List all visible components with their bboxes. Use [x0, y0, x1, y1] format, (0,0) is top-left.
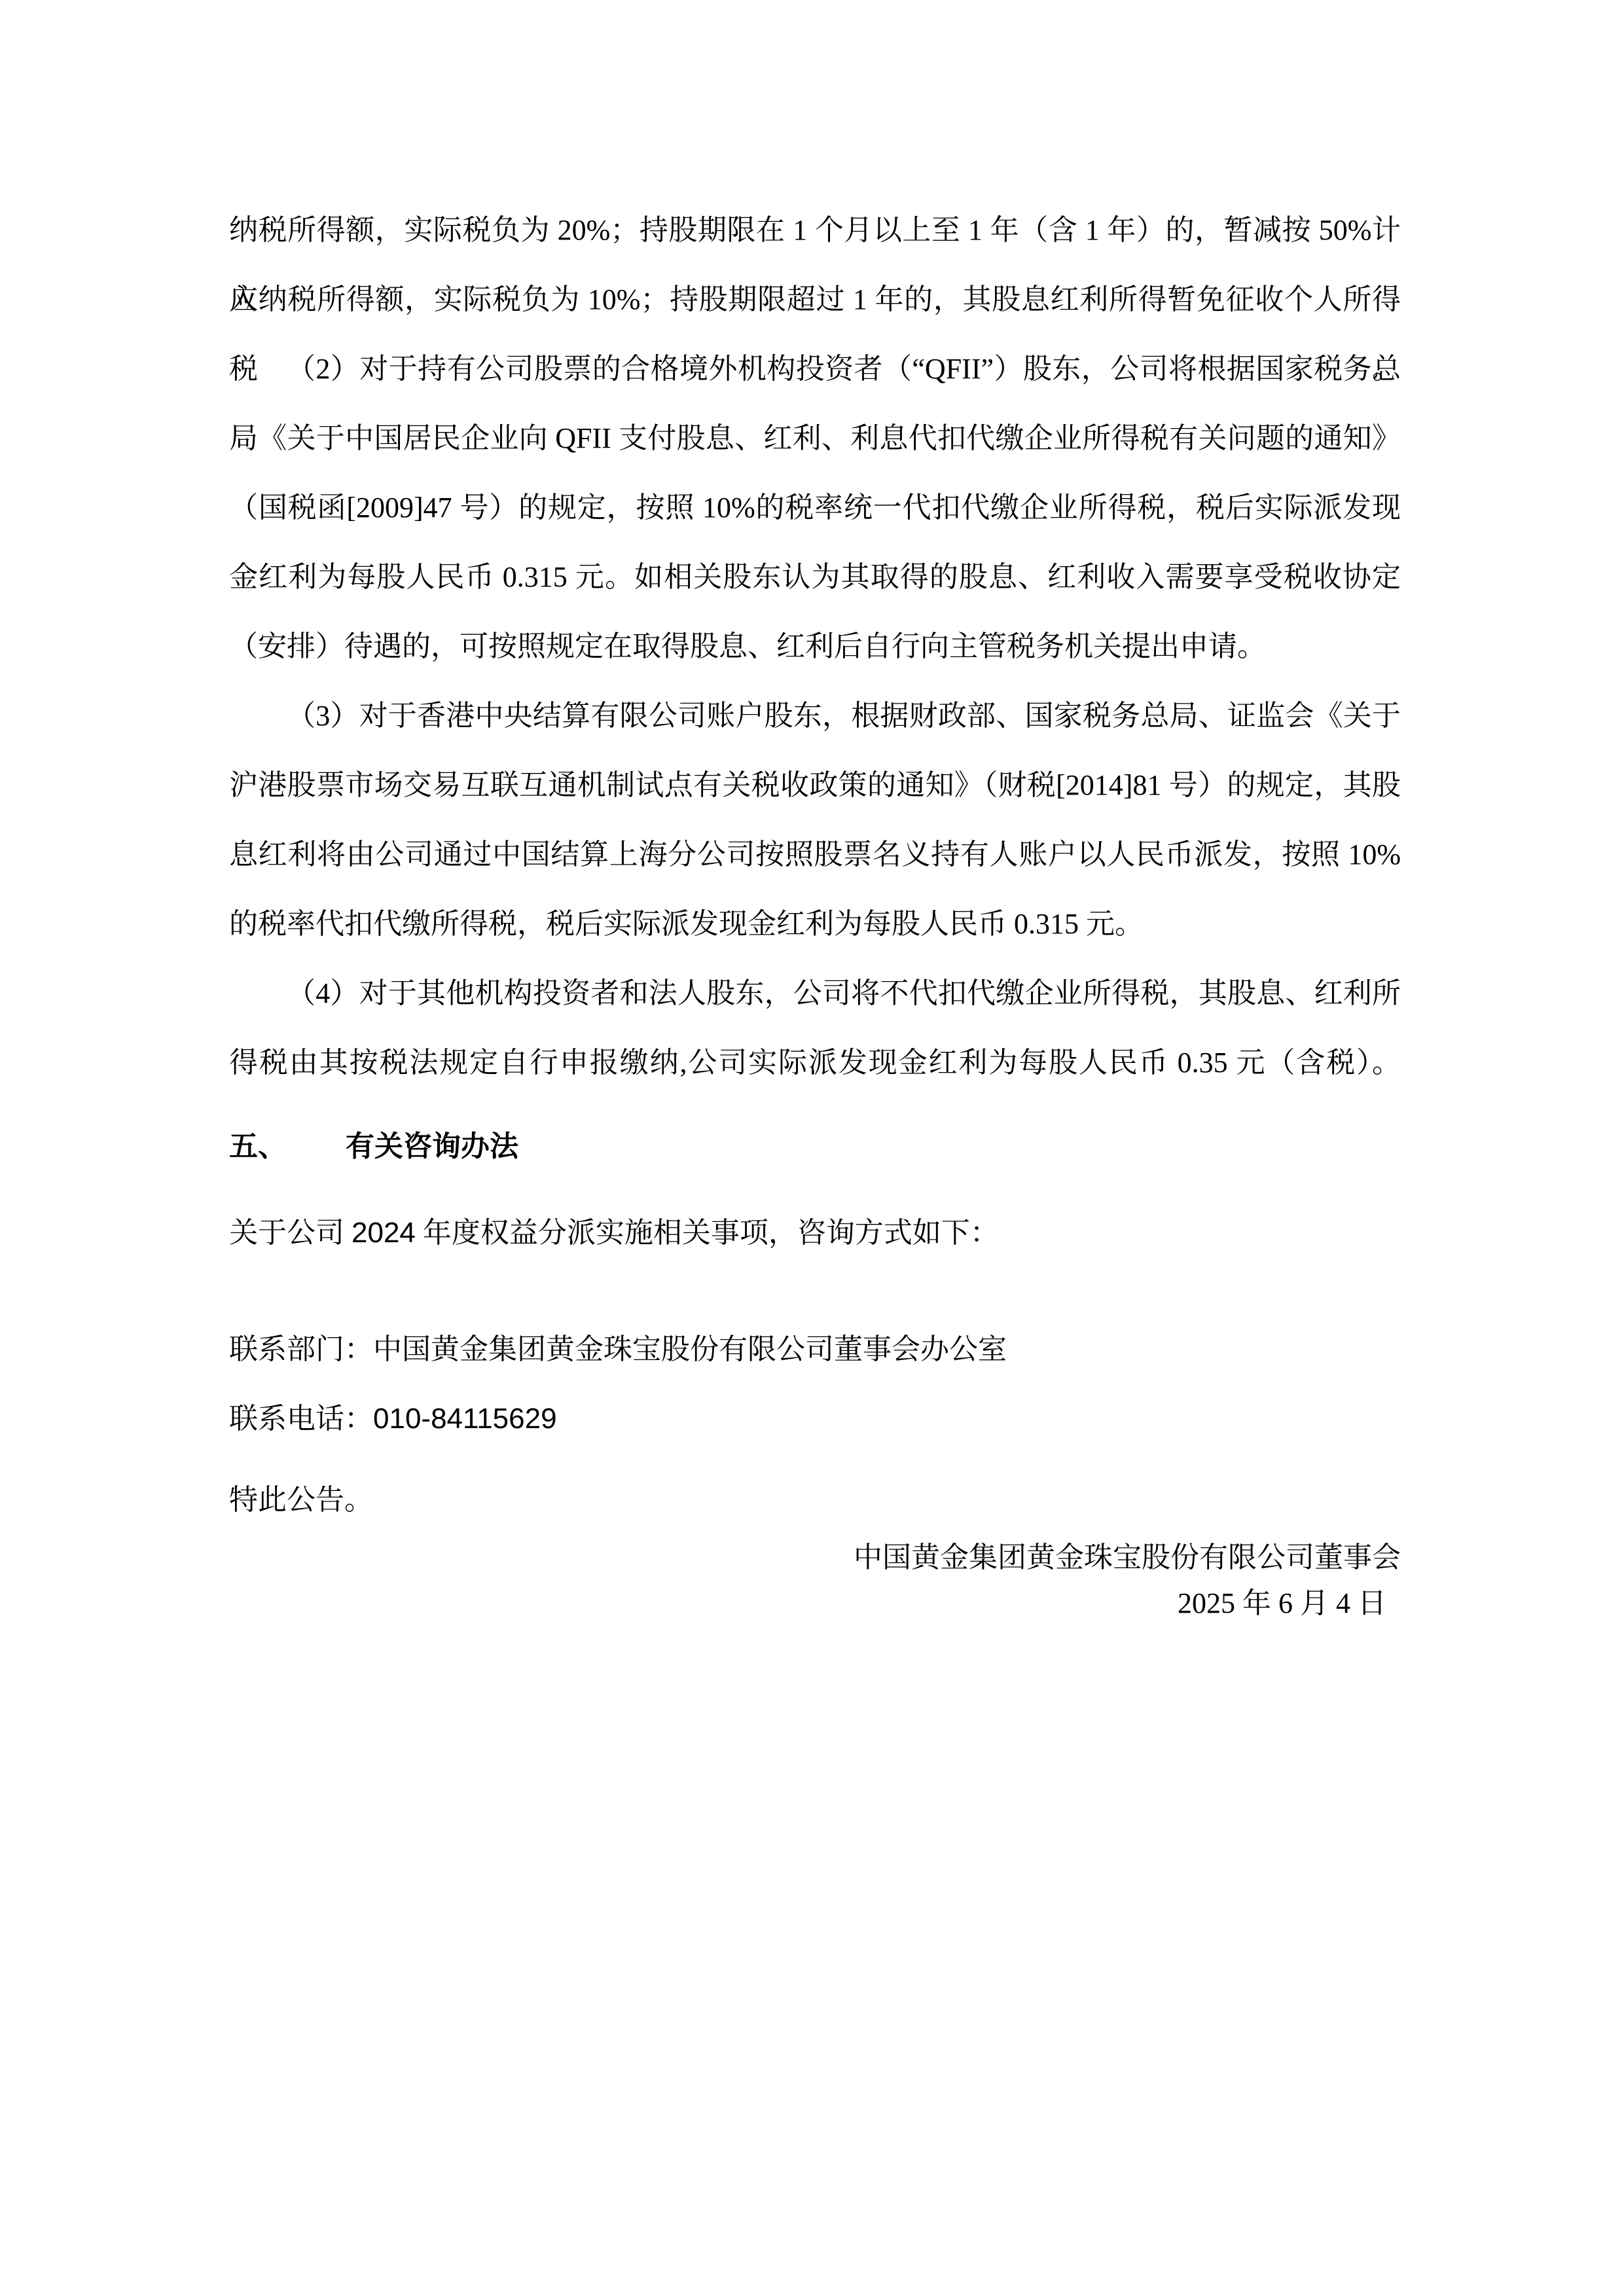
- intro-pre: 关于公司: [229, 1217, 352, 1249]
- body-line-4: 局《关于中国居民企业向 QFII 支付股息、红利、利息代扣代缴企业所得税有关问题…: [229, 404, 1401, 473]
- contact-department-line: 联系部门：中国黄金集团黄金珠宝股份有限公司董事会办公室: [229, 1315, 1401, 1384]
- document-body: 纳税所得额，实际税负为 20%；持股期限在 1 个月以上至 1 年（含 1 年）…: [229, 196, 1401, 1626]
- intro-post: 年度权益分派实施相关事项，咨询方式如下：: [416, 1217, 999, 1249]
- intro-line: 关于公司 2024 年度权益分派实施相关事项，咨询方式如下：: [229, 1198, 1401, 1268]
- contact-phone-line: 联系电话：010-84115629: [229, 1384, 1401, 1454]
- section-title: 有关咨询办法: [346, 1130, 518, 1162]
- body-line-5: （国税函[2009]47 号）的规定，按照 10%的税率统一代扣代缴企业所得税，…: [229, 473, 1401, 543]
- body-line-13: 得税由其按税法规定自行申报缴纳,公司实际派发现金红利为每股人民币 0.35 元（…: [229, 1028, 1401, 1098]
- body-line-8: （3）对于香港中央结算有限公司账户股东，根据财政部、国家税务总局、证监会《关于: [229, 681, 1401, 751]
- body-line-11: 的税率代扣代缴所得税，税后实际派发现金红利为每股人民币 0.315 元。: [229, 889, 1401, 959]
- closing-statement: 特此公告。: [229, 1465, 1401, 1535]
- contact-department-label: 联系部门：: [229, 1333, 373, 1365]
- intro-year: 2024: [352, 1217, 416, 1249]
- body-line-6: 金红利为每股人民币 0.315 元。如相关股东认为其取得的股息、红利收入需要享受…: [229, 543, 1401, 612]
- body-line-9: 沪港股票市场交易互联互通机制试点有关税收政策的通知》（财税[2014]81 号）…: [229, 751, 1401, 820]
- body-line-2: 应纳税所得额，实际税负为 10%；持股期限超过 1 年的，其股息红利所得暂免征收…: [229, 265, 1401, 334]
- section-heading: 五、有关咨询办法: [229, 1112, 1401, 1181]
- date-line: 2025 年 6 月 4 日: [229, 1581, 1401, 1626]
- signature-line: 中国黄金集团黄金珠宝股份有限公司董事会: [229, 1535, 1401, 1581]
- contact-phone-value: 010-84115629: [373, 1403, 557, 1435]
- body-line-10: 息红利将由公司通过中国结算上海分公司按照股票名义持有人账户以人民币派发，按照 1…: [229, 820, 1401, 889]
- body-line-3: （2）对于持有公司股票的合格境外机构投资者（“QFII”）股东，公司将根据国家税…: [229, 334, 1401, 404]
- page: 纳税所得额，实际税负为 20%；持股期限在 1 个月以上至 1 年（含 1 年）…: [0, 0, 1624, 2296]
- contact-department-value: 中国黄金集团黄金珠宝股份有限公司董事会办公室: [373, 1333, 1007, 1365]
- body-line-12: （4）对于其他机构投资者和法人股东，公司将不代扣代缴企业所得税，其股息、红利所: [229, 959, 1401, 1028]
- body-line-1: 纳税所得额，实际税负为 20%；持股期限在 1 个月以上至 1 年（含 1 年）…: [229, 196, 1401, 265]
- body-line-7: （安排）待遇的，可按照规定在取得股息、红利后自行向主管税务机关提出申请。: [229, 612, 1401, 681]
- section-number: 五、: [229, 1130, 287, 1162]
- contact-phone-label: 联系电话：: [229, 1403, 373, 1435]
